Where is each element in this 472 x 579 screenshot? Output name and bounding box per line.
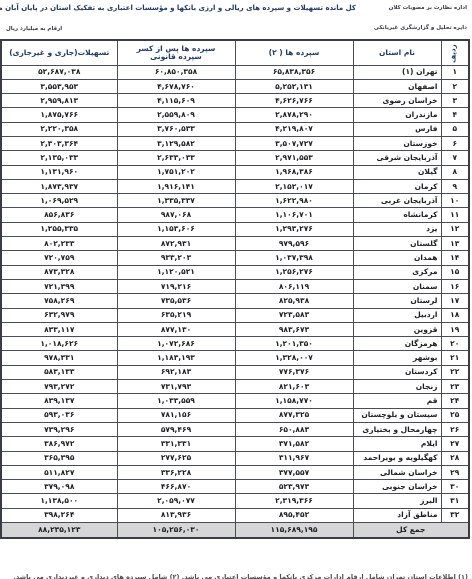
deposits-value: ۱,۶۲۲,۹۸۰ bbox=[275, 196, 313, 205]
deposits-value: ۹۸۳,۶۷۳ bbox=[279, 325, 309, 334]
facilities-value: ۷۳۹,۲۹۶ bbox=[44, 425, 74, 434]
deposits-after-value: ۹۸۷,۰۶۸ bbox=[161, 210, 191, 219]
deposits-value: ۴,۶۲۶,۷۶۶ bbox=[275, 96, 313, 105]
deposits-cell: ۸۲۵,۹۳۸ bbox=[235, 294, 353, 308]
total-label: جمع کل bbox=[353, 523, 469, 538]
deposits-cell: ۴,۶۲۶,۷۶۶ bbox=[235, 94, 353, 108]
province-name-cell: تهران (۱) bbox=[353, 65, 441, 79]
deposits-cell: ۲,۳۱۹,۳۶۶ bbox=[235, 494, 353, 508]
row-number-cell: ۲۱ bbox=[441, 351, 469, 365]
table-row: ۳۰خراسان جنوبی۵۲۳,۹۷۳۴۶۶,۸۷۰۳۷۹,۰۹۸ bbox=[1, 480, 469, 494]
province-name-cell: گیلان bbox=[353, 165, 441, 179]
table-row: ۲۶چهارمحال و بختیاری۶۵۰,۸۸۳۵۷۹,۴۶۹۷۳۹,۲۹… bbox=[1, 422, 469, 436]
deposits-after-value: ۷۱۹,۲۱۶ bbox=[161, 282, 191, 291]
province-name-cell: قم bbox=[353, 394, 441, 408]
table-row: ۲اصفهان۵,۲۵۲,۱۳۱۴,۶۷۸,۷۶۰۳,۵۵۳,۹۵۳ bbox=[1, 79, 469, 93]
deposits-after-cell: ۶۹۲,۱۸۳ bbox=[117, 365, 235, 379]
deposits-after-value: ۲,۰۵۹,۰۷۷ bbox=[157, 496, 195, 505]
table-row: ۱۴همدان۱,۰۳۷,۳۹۸۹۳۳,۲۰۳۷۲۰,۷۵۹ bbox=[1, 251, 469, 265]
facilities-cell: ۷۹۳,۲۷۲ bbox=[1, 380, 117, 394]
row-number-cell: ۲۸ bbox=[441, 451, 469, 465]
facilities-cell: ۸۰۲,۲۳۳ bbox=[1, 237, 117, 251]
facilities-value: ۵۱۱,۸۲۷ bbox=[44, 468, 74, 477]
row-number-cell: ۲۹ bbox=[441, 465, 469, 479]
deposits-after-value: ۳۳۱,۳۳۱ bbox=[161, 439, 191, 448]
deposits-after-value: ۸۷۲,۹۳۱ bbox=[161, 239, 191, 248]
total-facilities-cell: ۸۸,۲۳۵,۱۲۳ bbox=[1, 523, 117, 538]
facilities-cell: ۵۸۳,۱۳۳ bbox=[1, 365, 117, 379]
facilities-value: ۵۸۳,۱۳۳ bbox=[44, 367, 74, 376]
deposits-cell: ۶۵,۸۳۸,۳۵۶ bbox=[235, 65, 353, 79]
row-number-cell: ۱۲ bbox=[441, 222, 469, 236]
deposits-cell: ۱,۱۵۸,۷۷۰ bbox=[235, 394, 353, 408]
facilities-value: ۵۲,۶۸۷,۰۳۸ bbox=[38, 67, 80, 76]
deposits-after-cell: ۴,۶۷۸,۷۶۰ bbox=[117, 79, 235, 93]
deposits-cell: ۸۷۷,۳۲۵ bbox=[235, 408, 353, 422]
facilities-value: ۷۵۸,۲۶۹ bbox=[44, 296, 74, 305]
row-number-cell: ۲۶ bbox=[441, 422, 469, 436]
deposits-after-cell: ۱,۰۳۳,۵۵۹ bbox=[117, 394, 235, 408]
deposits-cell: ۹۷۹,۵۹۶ bbox=[235, 237, 353, 251]
facilities-value: ۳۹۸,۲۶۴ bbox=[44, 510, 74, 519]
deposits-value: ۱,۱۵۸,۷۷۰ bbox=[275, 396, 313, 405]
deposits-cell: ۸۲۱,۶۰۳ bbox=[235, 380, 353, 394]
table-row: ۲۷ایلام۳۷۱,۵۸۲۳۳۱,۳۳۱۳۸۶,۹۷۲ bbox=[1, 437, 469, 451]
facilities-cell: ۵۹۳,۰۳۶ bbox=[1, 408, 117, 422]
deposits-after-cell: ۱,۹۱۶,۱۴۱ bbox=[117, 179, 235, 193]
table-row: ۱۱کرمانشاه۱,۱۰۶,۷۰۱۹۸۷,۰۶۸۸۵۶,۸۳۶ bbox=[1, 208, 469, 222]
deposits-value: ۵,۲۵۲,۱۳۱ bbox=[275, 82, 313, 91]
facilities-value: ۲,۱۳۵,۰۳۳ bbox=[40, 153, 78, 162]
row-number-cell: ۱۸ bbox=[441, 308, 469, 322]
deposits-value: ۷۷۶,۳۷۶ bbox=[279, 367, 309, 376]
header-row: ردیف نام استان سپرده ها ( ۲) سپرده ها پس… bbox=[1, 40, 469, 65]
deposits-cell: ۲,۹۷۱,۵۵۳ bbox=[235, 151, 353, 165]
facilities-cell: ۲,۳۰۳,۳۶۴ bbox=[1, 136, 117, 150]
row-number-cell: ۱۶ bbox=[441, 279, 469, 293]
deposits-cell: ۹۸۳,۶۷۳ bbox=[235, 322, 353, 336]
deposits-cell: ۱,۰۳۷,۳۹۸ bbox=[235, 251, 353, 265]
row-number-cell: ۳۲ bbox=[441, 508, 469, 522]
province-name-cell: گلستان bbox=[353, 237, 441, 251]
province-name-cell: کهگیلویه و بویراحمد bbox=[353, 451, 441, 465]
table-row: ۱۸اردبیل۷۲۳,۵۸۳۶۳۵,۲۱۹۶۳۲,۹۷۹ bbox=[1, 308, 469, 322]
facilities-cell: ۲,۱۳۵,۰۳۳ bbox=[1, 151, 117, 165]
deposits-after-cell: ۸۱۳,۹۳۶ bbox=[117, 508, 235, 522]
deposits-value: ۳۷۷,۵۵۷ bbox=[279, 468, 309, 477]
deposits-cell: ۱,۲۹۳,۲۷۶ bbox=[235, 222, 353, 236]
deposits-after-value: ۱,۷۵۱,۲۰۲ bbox=[157, 167, 195, 176]
province-name-cell: همدان bbox=[353, 251, 441, 265]
total-deposits-after-cell: ۱۰۵,۲۵۶,۰۳۰ bbox=[117, 523, 235, 538]
deposits-cell: ۸۰۶,۱۱۹ bbox=[235, 279, 353, 293]
row-number-cell: ۲ bbox=[441, 79, 469, 93]
row-number-cell: ۲۵ bbox=[441, 408, 469, 422]
deposits-after-value: ۶۹۲,۱۸۳ bbox=[161, 367, 191, 376]
table-row: ۲۰هرمزگان۱,۲۰۱,۳۵۰۱,۰۷۲,۶۸۶۱,۰۱۸,۶۲۶ bbox=[1, 337, 469, 351]
deposits-value: ۲,۳۱۹,۳۶۶ bbox=[275, 496, 313, 505]
deposits-after-cell: ۴,۱۱۵,۶۰۹ bbox=[117, 94, 235, 108]
deposits-after-cell: ۳۳۶,۲۲۸ bbox=[117, 465, 235, 479]
deposits-after-value: ۶۰,۸۵۰,۳۵۸ bbox=[155, 67, 197, 76]
deposits-value: ۱,۹۶۸,۳۸۶ bbox=[275, 167, 313, 176]
facilities-value: ۲,۹۵۹,۸۱۳ bbox=[40, 96, 78, 105]
deposits-after-value: ۲,۵۵۹,۸۰۹ bbox=[157, 110, 195, 119]
facilities-cell: ۱,۰۱۸,۶۲۶ bbox=[1, 337, 117, 351]
department-line-1: اداره نظارت بر مصوبات کلان bbox=[389, 5, 467, 11]
facilities-cell: ۳۹۸,۲۶۴ bbox=[1, 508, 117, 522]
facilities-cell: ۸۷۳,۳۲۸ bbox=[1, 265, 117, 279]
province-name-cell: زنجان bbox=[353, 380, 441, 394]
facilities-cell: ۸۳۳,۱۱۷ bbox=[1, 322, 117, 336]
table-row: ۲۴قم۱,۱۵۸,۷۷۰۱,۰۳۳,۵۵۹۸۳۹,۱۳۷ bbox=[1, 394, 469, 408]
province-name-cell: خراسان شمالی bbox=[353, 465, 441, 479]
province-name-cell: لرستان bbox=[353, 294, 441, 308]
table-row: ۴مازندران۲,۸۷۸,۲۹۰۲,۵۵۹,۸۰۹۱,۸۷۵,۷۶۶ bbox=[1, 108, 469, 122]
deposits-after-cell: ۹۳۳,۲۰۳ bbox=[117, 251, 235, 265]
deposits-value: ۸۰۶,۱۱۹ bbox=[279, 282, 309, 291]
deposits-after-cell: ۳۳۱,۳۳۱ bbox=[117, 437, 235, 451]
deposits-after-value: ۱,۱۵۳,۶۰۶ bbox=[157, 224, 195, 233]
facilities-value: ۶۳۲,۹۷۹ bbox=[44, 310, 74, 319]
deposits-after-value: ۶۳۵,۲۱۹ bbox=[161, 310, 191, 319]
deposits-after-cell: ۲,۶۳۳,۰۳۳ bbox=[117, 151, 235, 165]
deposits-after-value: ۳,۷۶۰,۵۳۳ bbox=[157, 124, 195, 133]
deposits-cell: ۱,۹۶۸,۳۸۶ bbox=[235, 165, 353, 179]
deposits-value: ۱,۲۹۳,۲۷۶ bbox=[275, 224, 313, 233]
deposits-after-cell: ۵۷۹,۴۶۹ bbox=[117, 422, 235, 436]
deposits-value: ۱,۰۳۷,۳۹۸ bbox=[275, 253, 313, 262]
deposits-after-value: ۲۷۷,۶۲۵ bbox=[161, 453, 191, 462]
deposits-value: ۸۹۵,۴۵۲ bbox=[279, 510, 309, 519]
facilities-value: ۸۰۲,۲۳۳ bbox=[44, 239, 74, 248]
facilities-value: ۷۹۳,۲۷۲ bbox=[44, 382, 74, 391]
facilities-cell: ۶۳۲,۹۷۹ bbox=[1, 308, 117, 322]
page-title: کل مانده تسهیلات و سپرده های ریالی و ارز… bbox=[0, 4, 356, 12]
deposits-after-value: ۳۳۶,۲۲۸ bbox=[161, 468, 191, 477]
facilities-cell: ۸۵۶,۸۳۶ bbox=[1, 208, 117, 222]
row-number-cell: ۳ bbox=[441, 94, 469, 108]
deposits-cell: ۴,۲۱۹,۸۰۷ bbox=[235, 122, 353, 136]
deposits-cell: ۷۷۶,۳۷۶ bbox=[235, 365, 353, 379]
table-body: ۱تهران (۱)۶۵,۸۳۸,۳۵۶۶۰,۸۵۰,۳۵۸۵۲,۶۸۷,۰۳۸… bbox=[1, 65, 469, 523]
province-name-cell: البرز bbox=[353, 494, 441, 508]
unit-note: ارقام به میلیارد ریال bbox=[6, 26, 62, 32]
facilities-cell: ۷۲۱,۳۹۹ bbox=[1, 279, 117, 293]
deposits-cell: ۱,۲۰۱,۳۵۰ bbox=[235, 337, 353, 351]
table-row: ۳۲مناطق آزاد۸۹۵,۴۵۲۸۱۳,۹۳۶۳۹۸,۲۶۴ bbox=[1, 508, 469, 522]
facilities-cell: ۱,۰۶۹,۵۲۹ bbox=[1, 194, 117, 208]
facilities-value: ۳۷۹,۰۹۸ bbox=[44, 482, 74, 491]
deposits-cell: ۳۷۷,۵۵۷ bbox=[235, 465, 353, 479]
deposits-value: ۷۲۳,۵۸۳ bbox=[279, 310, 309, 319]
table-row: ۱۶سمنان۸۰۶,۱۱۹۷۱۹,۲۱۶۷۲۱,۳۹۹ bbox=[1, 279, 469, 293]
row-number-cell: ۲۲ bbox=[441, 365, 469, 379]
facilities-cell: ۳,۵۵۳,۹۵۳ bbox=[1, 79, 117, 93]
province-name-cell: اصفهان bbox=[353, 79, 441, 93]
facilities-value: ۸۵۶,۸۳۶ bbox=[44, 210, 74, 219]
deposits-cell: ۱,۳۲۸,۰۰۷ bbox=[235, 351, 353, 365]
row-number-cell: ۱۴ bbox=[441, 251, 469, 265]
table-row: ۵فارس۴,۲۱۹,۸۰۷۳,۷۶۰,۵۳۳۲,۲۲۰,۳۵۸ bbox=[1, 122, 469, 136]
row-number-cell: ۹ bbox=[441, 179, 469, 193]
deposits-after-cell: ۲,۵۵۹,۸۰۹ bbox=[117, 108, 235, 122]
deposits-cell: ۲,۱۵۲,۰۱۷ bbox=[235, 179, 353, 193]
province-name-cell: خراسان رضوی bbox=[353, 94, 441, 108]
facilities-cell: ۷۲۰,۷۵۹ bbox=[1, 251, 117, 265]
deposits-value: ۶۵,۸۳۸,۳۵۶ bbox=[273, 67, 315, 76]
row-number-cell: ۵ bbox=[441, 122, 469, 136]
deposits-cell: ۵,۲۵۲,۱۳۱ bbox=[235, 79, 353, 93]
deposits-after-value: ۷۸۱,۱۵۶ bbox=[161, 410, 191, 419]
total-facilities-value: ۸۸,۲۳۵,۱۲۳ bbox=[38, 525, 80, 534]
province-name-cell: مازندران bbox=[353, 108, 441, 122]
deposits-value: ۶۵۰,۸۸۳ bbox=[279, 425, 309, 434]
table-row: ۲۵سیستان و بلوچستان۸۷۷,۳۲۵۷۸۱,۱۵۶۵۹۳,۰۳۶ bbox=[1, 408, 469, 422]
deposits-value: ۸۷۷,۳۲۵ bbox=[279, 410, 309, 419]
table-row: ۱تهران (۱)۶۵,۸۳۸,۳۵۶۶۰,۸۵۰,۳۵۸۵۲,۶۸۷,۰۳۸ bbox=[1, 65, 469, 79]
row-number-cell: ۳۰ bbox=[441, 480, 469, 494]
facilities-value: ۱,۱۳۸,۵۰۰ bbox=[40, 496, 78, 505]
deposits-after-cell: ۹۸۷,۰۶۸ bbox=[117, 208, 235, 222]
province-name-cell: کردستان bbox=[353, 365, 441, 379]
province-name-cell: آذربایجان شرقی bbox=[353, 151, 441, 165]
deposits-after-header: سپرده ها پس از کسر سپرده قانونی bbox=[117, 40, 235, 65]
deposits-after-value: ۱,۱۸۳,۱۹۳ bbox=[157, 353, 195, 362]
total-deposits-after-value: ۱۰۵,۲۵۶,۰۳۰ bbox=[153, 525, 200, 534]
deposits-after-value: ۸۷۷,۱۳۰ bbox=[161, 325, 191, 334]
facilities-value: ۳۸۶,۹۷۲ bbox=[44, 439, 74, 448]
facilities-value: ۱,۱۳۱,۹۶۰ bbox=[40, 167, 78, 176]
row-number-cell: ۱۵ bbox=[441, 265, 469, 279]
deposits-cell: ۱,۲۵۶,۲۷۶ bbox=[235, 265, 353, 279]
table-row: ۲۱بوشهر۱,۳۲۸,۰۰۷۱,۱۸۳,۱۹۳۹۷۸,۳۳۱ bbox=[1, 351, 469, 365]
province-name-cell: آذربایجان غربی bbox=[353, 194, 441, 208]
deposits-value: ۲,۱۵۲,۰۱۷ bbox=[275, 182, 313, 191]
deposits-value: ۱,۳۲۸,۰۰۷ bbox=[275, 353, 313, 362]
facilities-value: ۸۳۳,۱۱۷ bbox=[44, 325, 74, 334]
facilities-cell: ۳۷۹,۰۹۸ bbox=[1, 480, 117, 494]
table-row: ۱۵مرکزی۱,۲۵۶,۲۷۶۱,۱۲۰,۵۲۱۸۷۳,۳۲۸ bbox=[1, 265, 469, 279]
footnote: (۱) اطلاعات استان تهران شامل ارقام ادارا… bbox=[4, 573, 468, 579]
table-row: ۲۲کردستان۷۷۶,۳۷۶۶۹۲,۱۸۳۵۸۳,۱۳۳ bbox=[1, 365, 469, 379]
table-row: ۳۱البرز۲,۳۱۹,۳۶۶۲,۰۵۹,۰۷۷۱,۱۳۸,۵۰۰ bbox=[1, 494, 469, 508]
deposits-after-value: ۳,۱۲۹,۵۸۲ bbox=[157, 139, 195, 148]
deposits-after-cell: ۷۳۱,۷۹۳ bbox=[117, 380, 235, 394]
province-table: ردیف نام استان سپرده ها ( ۲) سپرده ها پس… bbox=[0, 39, 470, 539]
facilities-value: ۲,۳۰۳,۳۶۴ bbox=[40, 139, 78, 148]
facilities-value: ۳۶۵,۳۹۵ bbox=[44, 453, 74, 462]
deposits-after-cell: ۷۸۱,۱۵۶ bbox=[117, 408, 235, 422]
row-number-cell: ۱۹ bbox=[441, 322, 469, 336]
province-name-cell: کرمانشاه bbox=[353, 208, 441, 222]
facilities-cell: ۵۲,۶۸۷,۰۳۸ bbox=[1, 65, 117, 79]
deposits-after-cell: ۶۰,۸۵۰,۳۵۸ bbox=[117, 65, 235, 79]
table-row: ۱۷لرستان۸۲۵,۹۳۸۷۳۵,۵۳۶۷۵۸,۲۶۹ bbox=[1, 294, 469, 308]
row-number-cell: ۲۴ bbox=[441, 394, 469, 408]
facilities-cell: ۳۸۶,۹۷۲ bbox=[1, 437, 117, 451]
row-number-cell: ۱۷ bbox=[441, 294, 469, 308]
deposits-value: ۳۱۱,۹۶۷ bbox=[279, 453, 309, 462]
province-name-cell: فارس bbox=[353, 122, 441, 136]
table-row: ۲۳زنجان۸۲۱,۶۰۳۷۳۱,۷۹۳۷۹۳,۲۷۲ bbox=[1, 380, 469, 394]
deposits-after-value: ۵۷۹,۴۶۹ bbox=[161, 425, 191, 434]
facilities-cell: ۹۷۸,۳۳۱ bbox=[1, 351, 117, 365]
facilities-value: ۵۹۳,۰۳۶ bbox=[44, 410, 74, 419]
facilities-value: ۱,۲۵۵,۳۳۵ bbox=[40, 224, 78, 233]
deposits-cell: ۵۲۳,۹۷۳ bbox=[235, 480, 353, 494]
row-number-cell: ۸ bbox=[441, 165, 469, 179]
deposits-after-cell: ۲۷۷,۶۲۵ bbox=[117, 451, 235, 465]
deposits-value: ۸۲۱,۶۰۳ bbox=[279, 382, 309, 391]
deposits-after-value: ۱,۰۳۳,۵۵۹ bbox=[157, 396, 195, 405]
province-name-cell: خراسان جنوبی bbox=[353, 480, 441, 494]
row-number-cell: ۶ bbox=[441, 136, 469, 150]
facilities-value: ۱,۰۶۹,۵۲۹ bbox=[40, 196, 78, 205]
deposits-cell: ۷۲۳,۵۸۳ bbox=[235, 308, 353, 322]
deposits-after-cell: ۱,۱۸۳,۱۹۳ bbox=[117, 351, 235, 365]
deposits-value: ۱,۲۵۶,۲۷۶ bbox=[275, 267, 313, 276]
deposits-value: ۴,۲۱۹,۸۰۷ bbox=[275, 124, 313, 133]
province-name-cell: خوزستان bbox=[353, 136, 441, 150]
deposits-after-cell: ۴۶۶,۸۷۰ bbox=[117, 480, 235, 494]
deposits-after-cell: ۳,۱۲۹,۵۸۲ bbox=[117, 136, 235, 150]
province-name-cell: سیستان و بلوچستان bbox=[353, 408, 441, 422]
province-name-cell: مرکزی bbox=[353, 265, 441, 279]
facilities-cell: ۷۵۸,۲۶۹ bbox=[1, 294, 117, 308]
table-row: ۲۸کهگیلویه و بویراحمد۳۱۱,۹۶۷۲۷۷,۶۲۵۳۶۵,۳… bbox=[1, 451, 469, 465]
table-row: ۷آذربایجان شرقی۲,۹۷۱,۵۵۳۲,۶۳۳,۰۳۳۲,۱۳۵,۰… bbox=[1, 151, 469, 165]
deposits-after-value: ۷۳۵,۵۳۶ bbox=[161, 296, 191, 305]
facilities-cell: ۷۳۹,۲۹۶ bbox=[1, 422, 117, 436]
deposits-after-cell: ۱,۷۵۱,۲۰۲ bbox=[117, 165, 235, 179]
deposits-value: ۵۲۳,۹۷۳ bbox=[279, 482, 309, 491]
row-number-cell: ۴ bbox=[441, 108, 469, 122]
deposits-after-value: ۱,۰۷۲,۶۸۶ bbox=[157, 339, 195, 348]
deposits-cell: ۱,۶۲۲,۹۸۰ bbox=[235, 194, 353, 208]
facilities-cell: ۸۳۹,۱۳۷ bbox=[1, 394, 117, 408]
table-row: ۱۰آذربایجان غربی۱,۶۲۲,۹۸۰۱,۳۳۵,۳۳۷۱,۰۶۹,… bbox=[1, 194, 469, 208]
deposits-after-cell: ۲,۰۵۹,۰۷۷ bbox=[117, 494, 235, 508]
row-number-cell: ۱۰ bbox=[441, 194, 469, 208]
deposits-after-value: ۲,۶۳۳,۰۳۳ bbox=[157, 153, 195, 162]
total-deposits-cell: ۱۱۵,۶۸۹,۱۹۵ bbox=[235, 523, 353, 538]
row-number-cell: ۷ bbox=[441, 151, 469, 165]
deposits-after-value: ۴,۶۷۸,۷۶۰ bbox=[157, 82, 195, 91]
table-footer: جمع کل ۱۱۵,۶۸۹,۱۹۵ ۱۰۵,۲۵۶,۰۳۰ ۸۸,۲۳۵,۱۲… bbox=[1, 523, 469, 538]
deposits-after-header-line2: سپرده قانونی bbox=[121, 53, 232, 61]
row-number-header-label: ردیف bbox=[451, 44, 458, 63]
deposits-after-value: ۷۳۱,۷۹۳ bbox=[161, 382, 191, 391]
province-name-cell: ایلام bbox=[353, 437, 441, 451]
deposits-cell: ۳۷۱,۵۸۲ bbox=[235, 437, 353, 451]
deposits-after-cell: ۶۳۵,۲۱۹ bbox=[117, 308, 235, 322]
deposits-cell: ۳۱۱,۹۶۷ bbox=[235, 451, 353, 465]
row-number-cell: ۳۱ bbox=[441, 494, 469, 508]
deposits-after-value: ۱,۱۲۰,۵۲۱ bbox=[157, 267, 195, 276]
table-row: ۸گیلان۱,۹۶۸,۳۸۶۱,۷۵۱,۲۰۲۱,۱۳۱,۹۶۰ bbox=[1, 165, 469, 179]
province-name-cell: اردبیل bbox=[353, 308, 441, 322]
facilities-cell: ۲,۲۲۰,۳۵۸ bbox=[1, 122, 117, 136]
facilities-cell: ۱,۱۳۱,۹۶۰ bbox=[1, 165, 117, 179]
deposits-value: ۳,۵۰۷,۷۲۷ bbox=[275, 139, 313, 148]
deposits-value: ۳۷۱,۵۸۲ bbox=[279, 439, 309, 448]
deposits-value: ۲,۸۷۸,۲۹۰ bbox=[275, 110, 313, 119]
province-name-cell: بوشهر bbox=[353, 351, 441, 365]
facilities-value: ۷۲۰,۷۵۹ bbox=[44, 253, 74, 262]
facilities-value: ۸۷۳,۳۲۸ bbox=[44, 267, 74, 276]
row-number-cell: ۱ bbox=[441, 65, 469, 79]
deposits-after-value: ۸۱۳,۹۳۶ bbox=[161, 510, 191, 519]
table-row: ۶خوزستان۳,۵۰۷,۷۲۷۳,۱۲۹,۵۸۲۲,۳۰۳,۳۶۴ bbox=[1, 136, 469, 150]
table-header: ردیف نام استان سپرده ها ( ۲) سپرده ها پس… bbox=[1, 40, 469, 65]
table-row: ۲۹خراسان شمالی۳۷۷,۵۵۷۳۳۶,۲۲۸۵۱۱,۸۲۷ bbox=[1, 465, 469, 479]
deposits-after-cell: ۱,۰۷۲,۶۸۶ bbox=[117, 337, 235, 351]
report-page: کل مانده تسهیلات و سپرده های ریالی و ارز… bbox=[0, 0, 472, 579]
deposits-after-value: ۴,۱۱۵,۶۰۹ bbox=[157, 96, 195, 105]
deposits-value: ۱,۱۰۶,۷۰۱ bbox=[275, 210, 313, 219]
deposits-header: سپرده ها ( ۲) bbox=[235, 40, 353, 65]
deposits-after-value: ۴۶۶,۸۷۰ bbox=[161, 482, 191, 491]
province-table-wrapper: ردیف نام استان سپرده ها ( ۲) سپرده ها پس… bbox=[2, 39, 470, 539]
province-name-cell: کرمان bbox=[353, 179, 441, 193]
deposits-value: ۱,۲۰۱,۳۵۰ bbox=[275, 339, 313, 348]
deposits-value: ۸۲۵,۹۳۸ bbox=[279, 296, 309, 305]
deposits-cell: ۳,۵۰۷,۷۲۷ bbox=[235, 136, 353, 150]
facilities-value: ۷۲۱,۳۹۹ bbox=[44, 282, 74, 291]
deposits-after-value: ۱,۳۳۵,۳۳۷ bbox=[157, 196, 195, 205]
table-row: ۳خراسان رضوی۴,۶۲۶,۷۶۶۴,۱۱۵,۶۰۹۲,۹۵۹,۸۱۳ bbox=[1, 94, 469, 108]
department-line-2: دایره تحلیل و گزارشگری غیربانکی bbox=[374, 25, 467, 31]
facilities-cell: ۳۶۵,۳۹۵ bbox=[1, 451, 117, 465]
deposits-after-cell: ۳,۷۶۰,۵۳۳ bbox=[117, 122, 235, 136]
row-number-header: ردیف bbox=[441, 40, 469, 65]
facilities-header: تسهیلات(جاری و غیرجاری) bbox=[1, 40, 117, 65]
facilities-cell: ۱,۸۷۵,۷۶۶ bbox=[1, 108, 117, 122]
total-row: جمع کل ۱۱۵,۶۸۹,۱۹۵ ۱۰۵,۲۵۶,۰۳۰ ۸۸,۲۳۵,۱۲… bbox=[1, 523, 469, 538]
province-header: نام استان bbox=[353, 40, 441, 65]
facilities-cell: ۵۱۱,۸۲۷ bbox=[1, 465, 117, 479]
facilities-value: ۲,۲۲۰,۳۵۸ bbox=[40, 124, 78, 133]
deposits-after-value: ۹۳۳,۲۰۳ bbox=[161, 253, 191, 262]
facilities-value: ۱,۰۱۸,۶۲۶ bbox=[40, 339, 78, 348]
deposits-cell: ۶۵۰,۸۸۳ bbox=[235, 422, 353, 436]
deposits-after-value: ۱,۹۱۶,۱۴۱ bbox=[157, 182, 195, 191]
deposits-after-cell: ۸۷۲,۹۳۱ bbox=[117, 237, 235, 251]
deposits-after-cell: ۷۱۹,۲۱۶ bbox=[117, 279, 235, 293]
facilities-value: ۳,۵۵۳,۹۵۳ bbox=[40, 82, 78, 91]
facilities-cell: ۱,۱۳۸,۵۰۰ bbox=[1, 494, 117, 508]
facilities-value: ۱,۸۷۵,۷۶۶ bbox=[40, 110, 78, 119]
province-name-cell: قزوین bbox=[353, 322, 441, 336]
row-number-cell: ۲۰ bbox=[441, 337, 469, 351]
province-name-cell: مناطق آزاد bbox=[353, 508, 441, 522]
deposits-after-cell: ۱,۳۳۵,۳۳۷ bbox=[117, 194, 235, 208]
row-number-cell: ۲۷ bbox=[441, 437, 469, 451]
table-row: ۱۹قزوین۹۸۳,۶۷۳۸۷۷,۱۳۰۸۳۳,۱۱۷ bbox=[1, 322, 469, 336]
province-name-cell: هرمزگان bbox=[353, 337, 441, 351]
table-row: ۹کرمان۲,۱۵۲,۰۱۷۱,۹۱۶,۱۴۱۱,۸۷۳,۹۳۷ bbox=[1, 179, 469, 193]
deposits-after-cell: ۷۳۵,۵۳۶ bbox=[117, 294, 235, 308]
deposits-value: ۲,۹۷۱,۵۵۳ bbox=[275, 153, 313, 162]
table-row: ۱۳گلستان۹۷۹,۵۹۶۸۷۲,۹۳۱۸۰۲,۲۳۳ bbox=[1, 237, 469, 251]
row-number-cell: ۱۱ bbox=[441, 208, 469, 222]
row-number-cell: ۱۳ bbox=[441, 237, 469, 251]
facilities-cell: ۱,۸۷۳,۹۳۷ bbox=[1, 179, 117, 193]
facilities-cell: ۱,۲۵۵,۳۳۵ bbox=[1, 222, 117, 236]
deposits-cell: ۸۹۵,۴۵۲ bbox=[235, 508, 353, 522]
row-number-cell: ۲۳ bbox=[441, 380, 469, 394]
